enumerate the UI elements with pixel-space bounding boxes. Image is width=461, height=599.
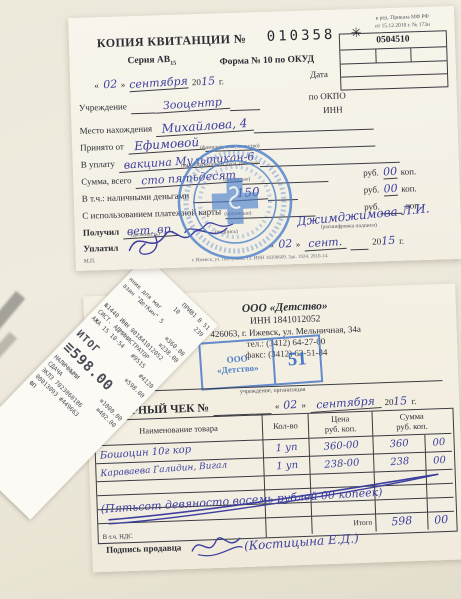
date-year-handwritten: 15 xyxy=(200,74,215,88)
receipt-serial-number: 010358 xyxy=(267,27,336,45)
col-header-qty: Кол-во xyxy=(263,414,310,441)
stamp-number: 51 xyxy=(274,336,322,383)
receipt-date-line: « 02 » сентября 2015 г. xyxy=(94,71,224,93)
institution-line: Учреждение Зооцентр xyxy=(79,92,260,116)
stamp-org-name: «Детство» xyxy=(217,363,259,376)
date-day-handwritten: 02 xyxy=(102,77,117,91)
name-hint: (расшифровка подписи) xyxy=(321,223,377,231)
date-label: Дата xyxy=(310,70,328,80)
date-month-handwritten: сентября xyxy=(129,74,188,92)
sum-kop-handwritten: 00 xyxy=(382,165,397,180)
col-header-sum: Суммаруб. коп. xyxy=(372,409,451,437)
round-stamp-icon xyxy=(172,139,298,265)
seller-signature xyxy=(188,531,247,561)
inn-cell xyxy=(341,74,447,89)
scan-artifact xyxy=(0,332,17,368)
date2-year-handwritten: 15 xyxy=(381,234,396,248)
table-row-sum-rub: 360 xyxy=(373,435,426,455)
okud-code-box: 0504510 xyxy=(339,30,449,90)
col-header-price: Ценаруб. коп. xyxy=(309,412,374,439)
paid-label: Уплатил xyxy=(83,244,118,255)
date2-month-handwritten: сент. xyxy=(304,235,347,252)
receipt-title: КОПИЯ КВИТАНЦИИ № xyxy=(97,33,247,51)
seller-signature-label: Подпись продавца xyxy=(106,543,182,556)
institution-handwritten: Зооцентр xyxy=(154,95,230,114)
mp-label: М.П. xyxy=(84,258,96,264)
table-row-qty: 1 уп xyxy=(263,439,310,459)
edict-note-line2: от 15.12.2010 г. № 173н xyxy=(375,22,430,30)
series-label: Серия АВ15 xyxy=(127,55,176,69)
table-row-price: 360-00 xyxy=(309,437,374,457)
okpo-label: по ОКПО xyxy=(309,91,346,102)
cash-kop-handwritten: 00 xyxy=(383,182,398,197)
company-stamp: ООО «Детство» 51 xyxy=(198,334,323,390)
sales-date-year: 15 xyxy=(393,394,408,408)
form-okud-label: Форма № 10 по ОКУД xyxy=(219,54,314,67)
scanned-receipts-page: КОПИЯ КВИТАНЦИИ № 010358 ✳ в ред. Приказ… xyxy=(0,0,461,599)
edict-note-line1: в ред. Приказа МФ РФ xyxy=(376,14,429,22)
copy-receipt: КОПИЯ КВИТАНЦИИ № 010358 ✳ в ред. Приказ… xyxy=(68,6,461,271)
table-row-sum-kop: 00 xyxy=(425,434,452,453)
sales-date-day: 02 xyxy=(283,398,298,412)
